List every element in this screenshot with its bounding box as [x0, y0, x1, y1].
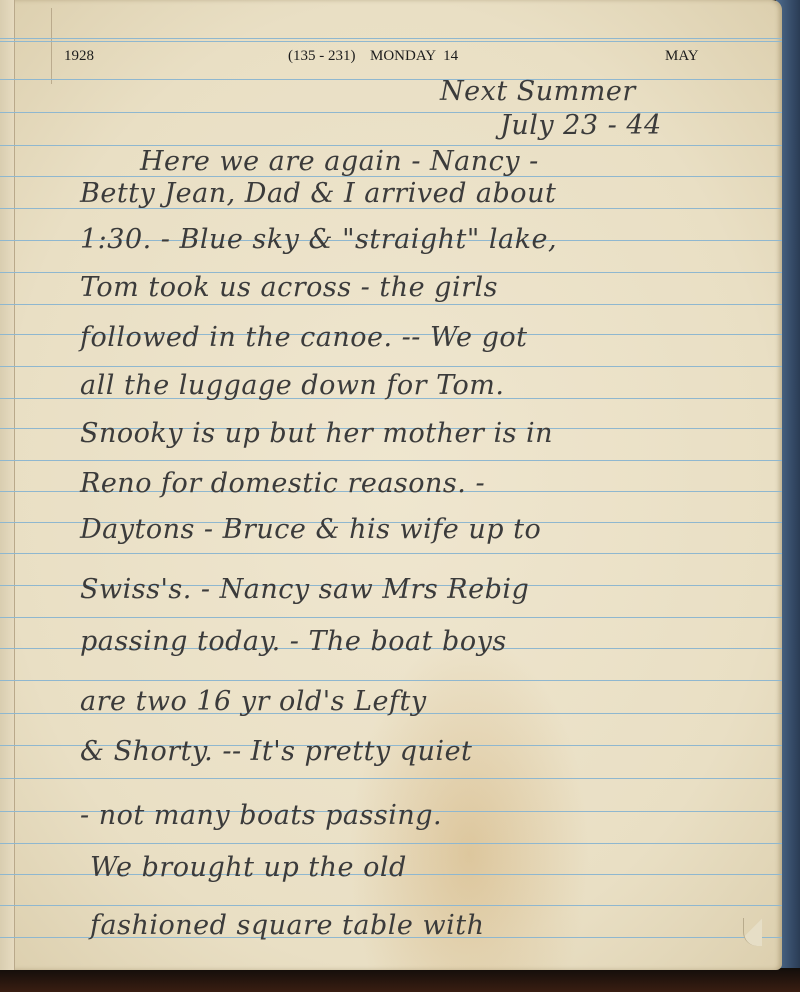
entry-line: Daytons - Bruce & his wife up to [80, 514, 770, 546]
entry-line: Swiss's. - Nancy saw Mrs Rebig [80, 574, 770, 606]
header-rule [0, 38, 782, 39]
ruled-line [0, 843, 782, 844]
entry-line: fashioned square table with [90, 910, 780, 942]
ruled-line [0, 778, 782, 779]
entry-line: Betty Jean, Dad & I arrived about [80, 178, 770, 210]
header-year: 1928 [64, 48, 94, 65]
ruled-line [0, 905, 782, 906]
entry-line: Tom took us across - the girls [80, 272, 770, 304]
ruled-line [0, 553, 782, 554]
ruled-line [0, 460, 782, 461]
heading-date-range: July 23 - 44 [500, 110, 760, 142]
header-weekday-date: MONDAY 14 [370, 48, 458, 65]
header-month: MAY [665, 48, 699, 65]
entry-line: passing today. - The boat boys [80, 626, 770, 658]
header-day-count: (135 - 231) [288, 48, 356, 65]
entry-line: are two 16 yr old's Lefty [80, 686, 770, 718]
ruled-line [0, 366, 782, 367]
ruled-line [0, 617, 782, 618]
entry-line: Here we are again - Nancy - [140, 146, 800, 178]
entry-line: We brought up the old [90, 852, 780, 884]
entry-line: Snooky is up but her mother is in [80, 418, 770, 450]
entry-line: followed in the canoe. -- We got [80, 322, 770, 354]
printed-header: 1928 (135 - 231) MONDAY 14 MAY [0, 48, 782, 70]
diary-page: 1928 (135 - 231) MONDAY 14 MAY Next Summ… [0, 0, 782, 970]
entry-line: Reno for domestic reasons. - [80, 468, 770, 500]
entry-line: 1:30. - Blue sky & "straight" lake, [80, 224, 770, 256]
entry-line: all the luggage down for Tom. [80, 370, 770, 402]
ruled-line [0, 680, 782, 681]
entry-line: & Shorty. -- It's pretty quiet [80, 736, 770, 768]
ruled-line [0, 304, 782, 305]
heading-next-summer: Next Summer [440, 76, 740, 108]
background-bottom [0, 968, 800, 992]
page-crease [51, 8, 52, 84]
entry-line: - not many boats passing. [80, 800, 770, 832]
